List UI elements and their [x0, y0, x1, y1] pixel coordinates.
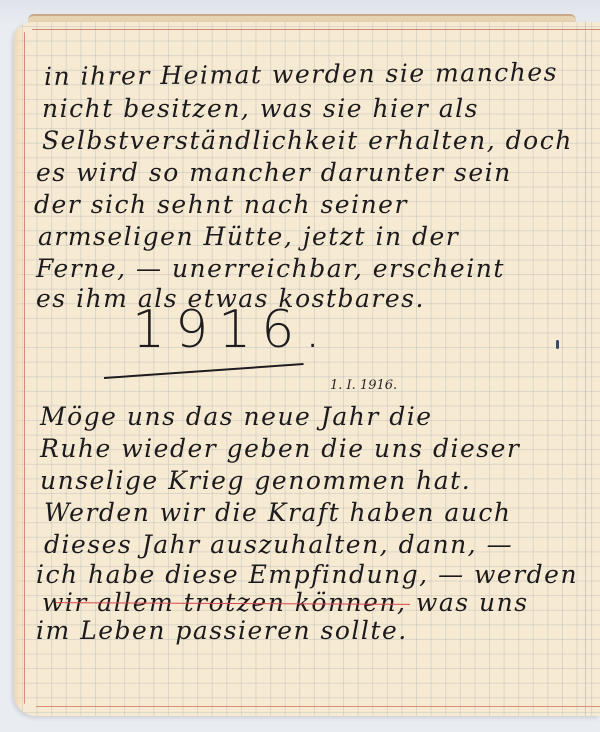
text-line: im Leben passieren sollte. [36, 616, 408, 645]
year-heading: 1916. [132, 300, 331, 360]
notebook-page: in ihrer Heimat werden sie manches nicht… [14, 22, 600, 716]
handwritten-text: in ihrer Heimat werden sie manches nicht… [14, 22, 600, 716]
text-line: Ruhe wieder geben die uns dieser [40, 434, 520, 463]
text-line: in ihrer Heimat werden sie manches [44, 58, 558, 91]
text-line: armseligen Hütte, jetzt in der [38, 222, 459, 251]
ink-mark [556, 340, 559, 349]
entry-date: 1. I. 1916. [330, 378, 397, 393]
year-underline [104, 363, 304, 379]
text-line: dieses Jahr auszuhalten, dann, — [44, 530, 513, 559]
text-line: es wird so mancher darunter sein [36, 158, 512, 187]
text-line: Werden wir die Kraft haben auch [44, 498, 512, 527]
text-line: Möge uns das neue Jahr die [40, 402, 433, 431]
text-line: Selbstverständlichkeit erhalten, doch [42, 126, 573, 155]
text-line: ich habe diese Empfindung, — werden [36, 560, 578, 589]
text-line: nicht besitzen, was sie hier als [42, 94, 479, 123]
text-line: Ferne, — unerreichbar, erscheint [36, 254, 505, 283]
text-line: der sich sehnt nach seiner [34, 190, 408, 219]
text-line: unselige Krieg genommen hat. [40, 466, 471, 495]
